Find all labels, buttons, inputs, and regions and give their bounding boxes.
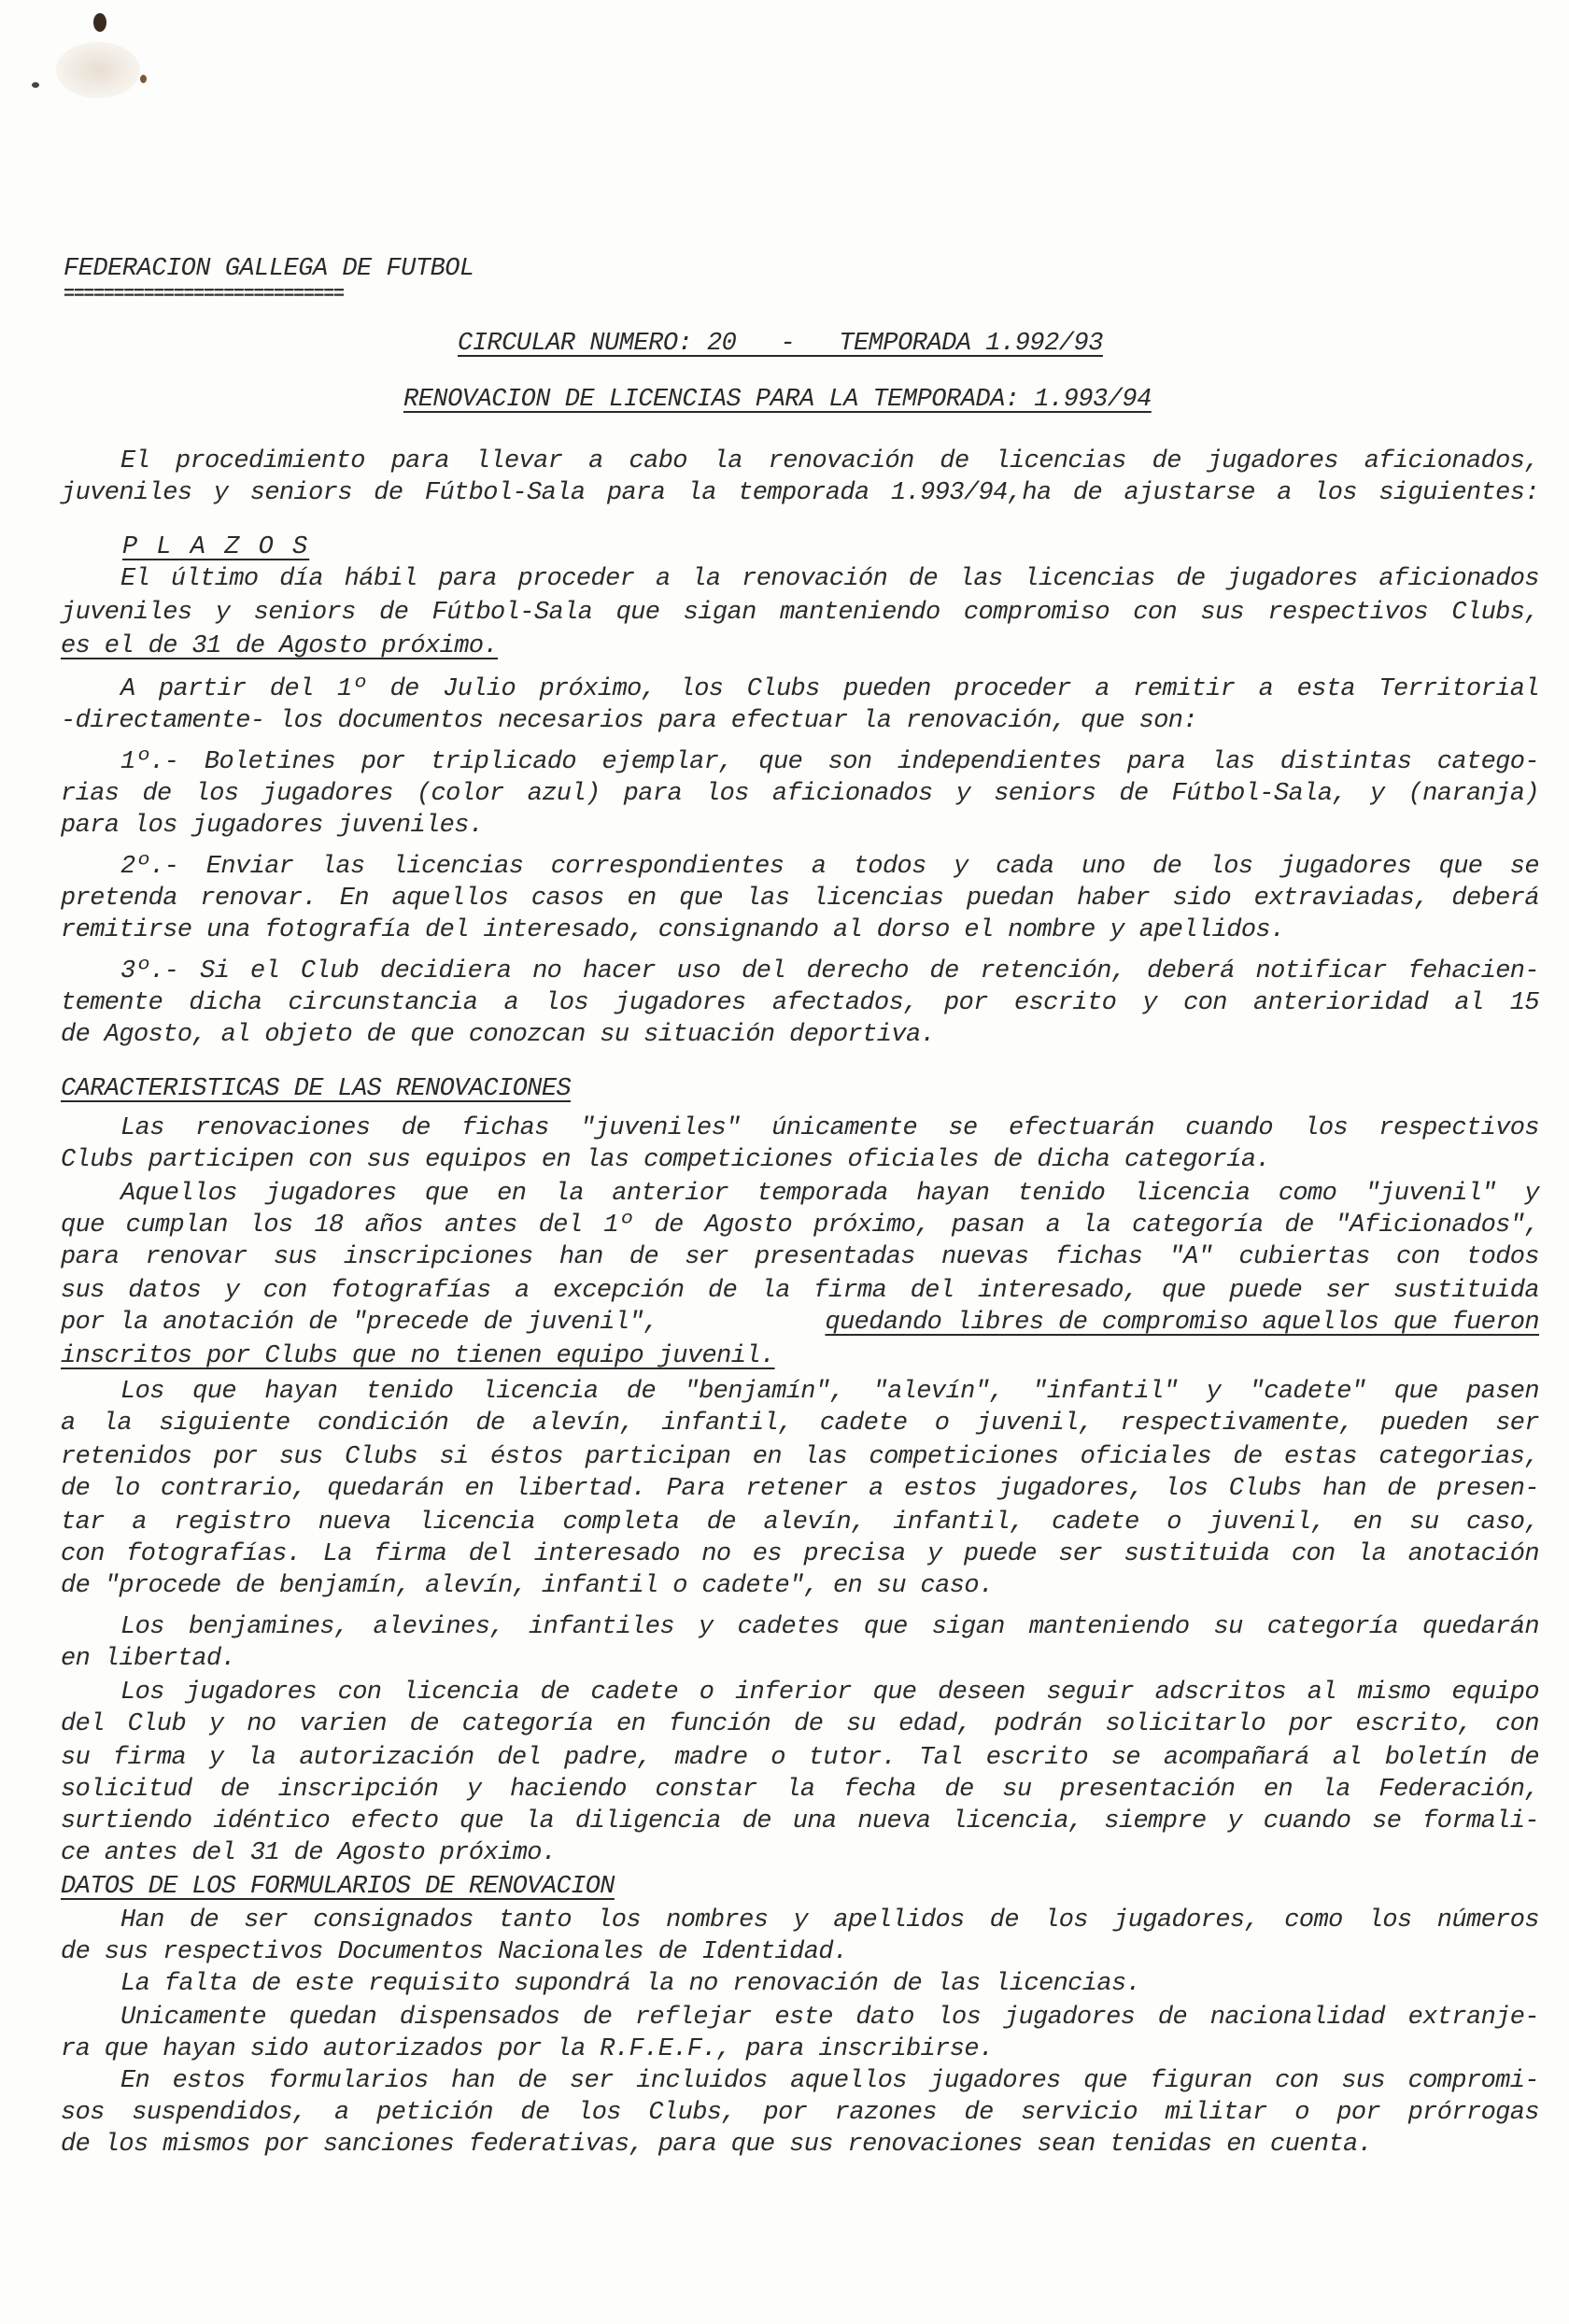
- double-rule: ============================: [64, 284, 344, 305]
- paragraph-line: en libertad.: [61, 1644, 1539, 1674]
- list-item-2: 2º.- Enviar las licencias correspondient…: [61, 852, 1539, 882]
- paragraph-line: de lo contrario, quedarán en libertad. P…: [61, 1474, 1539, 1504]
- paragraph-line: solicitud de inscripción y haciendo cons…: [61, 1775, 1539, 1805]
- intro-line: juveniles y seniors de Fútbol-Sala para …: [61, 478, 1539, 508]
- paragraph-line: La falta de este requisito supondrá la n…: [61, 1969, 1539, 1999]
- paragraph-line: sus datos y con fotografías a excepción …: [61, 1276, 1539, 1306]
- subject-title: RENOVACION DE LICENCIAS PARA LA TEMPORAD…: [403, 385, 1152, 415]
- paragraph-line: Los jugadores con licencia de cadete o i…: [61, 1678, 1539, 1708]
- paragraph-text: por la anotación de "precede de juvenil"…: [61, 1308, 672, 1338]
- paragraph-line: de sus respectivos Documentos Nacionales…: [61, 1937, 1539, 1967]
- underlined-text: quedando libres de compromiso aquellos q…: [825, 1308, 1539, 1338]
- list-item-1: rias de los jugadores (color azul) para …: [61, 779, 1539, 809]
- paragraph-line: del Club y no varien de categoría en fun…: [61, 1709, 1539, 1739]
- intro-line: El procedimiento para llevar a cabo la r…: [61, 446, 1539, 476]
- paragraph-line: -directamente- los documentos necesarios…: [61, 706, 1539, 736]
- list-item-3: 3º.- Si el Club decidiera no hacer uso d…: [61, 957, 1539, 986]
- paragraph-line: sos suspendidos, a petición de los Clubs…: [61, 2098, 1539, 2128]
- paragraph-line: juveniles y seniors de Fútbol-Sala que s…: [61, 598, 1539, 628]
- organization-name: FEDERACION GALLEGA DE FUTBOL: [64, 254, 474, 284]
- paragraph-line: para renovar sus inscripciones han de se…: [61, 1242, 1539, 1272]
- ink-spot: [93, 13, 106, 32]
- paragraph-line: con fotografías. La firma del interesado…: [61, 1539, 1539, 1569]
- list-item-1: para los jugadores juveniles.: [61, 811, 1539, 841]
- underlined-line: inscritos por Clubs que no tienen equipo…: [61, 1341, 775, 1371]
- paragraph-line: por la anotación de "precede de juvenil"…: [61, 1308, 1539, 1338]
- paragraph-line: Las renovaciones de fichas "juveniles" ú…: [61, 1113, 1539, 1143]
- paragraph-line: su firma y la autorización del padre, ma…: [61, 1743, 1539, 1773]
- paragraph-line: A partir del 1º de Julio próximo, los Cl…: [61, 674, 1539, 704]
- circular-title: CIRCULAR NUMERO: 20 - TEMPORADA 1.992/93: [458, 329, 1103, 359]
- deadline-line: es el de 31 de Agosto próximo.: [61, 631, 498, 661]
- paragraph-line: surtiendo idéntico efecto que la diligen…: [61, 1807, 1539, 1836]
- ink-spot: [32, 82, 39, 88]
- paragraph-line: tar a registro nueva licencia completa d…: [61, 1508, 1539, 1538]
- paragraph-line: Los que hayan tenido licencia de "benjam…: [61, 1377, 1539, 1407]
- list-item-2: pretenda renovar. En aquellos casos en q…: [61, 884, 1539, 914]
- list-item-3: de Agosto, al objeto de que conozcan su …: [61, 1020, 1539, 1050]
- section-heading-datos: DATOS DE LOS FORMULARIOS DE RENOVACION: [61, 1872, 615, 1902]
- paragraph-line: retenidos por sus Clubs si éstos partici…: [61, 1442, 1539, 1472]
- paragraph-line: ce antes del 31 de Agosto próximo.: [61, 1838, 1539, 1868]
- section-heading-caracteristicas: CARACTERISTICAS DE LAS RENOVACIONES: [61, 1074, 571, 1104]
- paragraph-line: Han de ser consignados tanto los nombres…: [61, 1906, 1539, 1935]
- list-item-1: 1º.- Boletines por triplicado ejemplar, …: [61, 747, 1539, 777]
- paragraph-line: de "procede de benjamín, alevín, infanti…: [61, 1571, 1539, 1601]
- paragraph-line: a la siguiente condición de alevín, infa…: [61, 1409, 1539, 1438]
- paragraph-line: En estos formularios han de ser incluido…: [61, 2066, 1539, 2096]
- paragraph-line: Los benjamines, alevines, infantiles y c…: [61, 1612, 1539, 1642]
- list-item-3: temente dicha circunstancia a los jugado…: [61, 988, 1539, 1018]
- paragraph-line: de los mismos por sanciones federativas,…: [61, 2130, 1539, 2160]
- paragraph-line: Aquellos jugadores que en la anterior te…: [61, 1179, 1539, 1209]
- paragraph-line: que cumplan los 18 años antes del 1º de …: [61, 1211, 1539, 1240]
- section-heading-plazos: P L A Z O S: [122, 532, 309, 562]
- paragraph-line: Unicamente quedan dispensados de refleja…: [61, 2003, 1539, 2033]
- ink-stain: [56, 42, 140, 98]
- paragraph-line: El último día hábil para proceder a la r…: [61, 564, 1539, 594]
- list-item-2: remitirse una fotografía del interesado,…: [61, 915, 1539, 945]
- ink-spot: [140, 75, 147, 83]
- paragraph-line: Clubs participen con sus equipos en las …: [61, 1145, 1539, 1175]
- paragraph-line: ra que hayan sido autorizados por la R.F…: [61, 2034, 1539, 2064]
